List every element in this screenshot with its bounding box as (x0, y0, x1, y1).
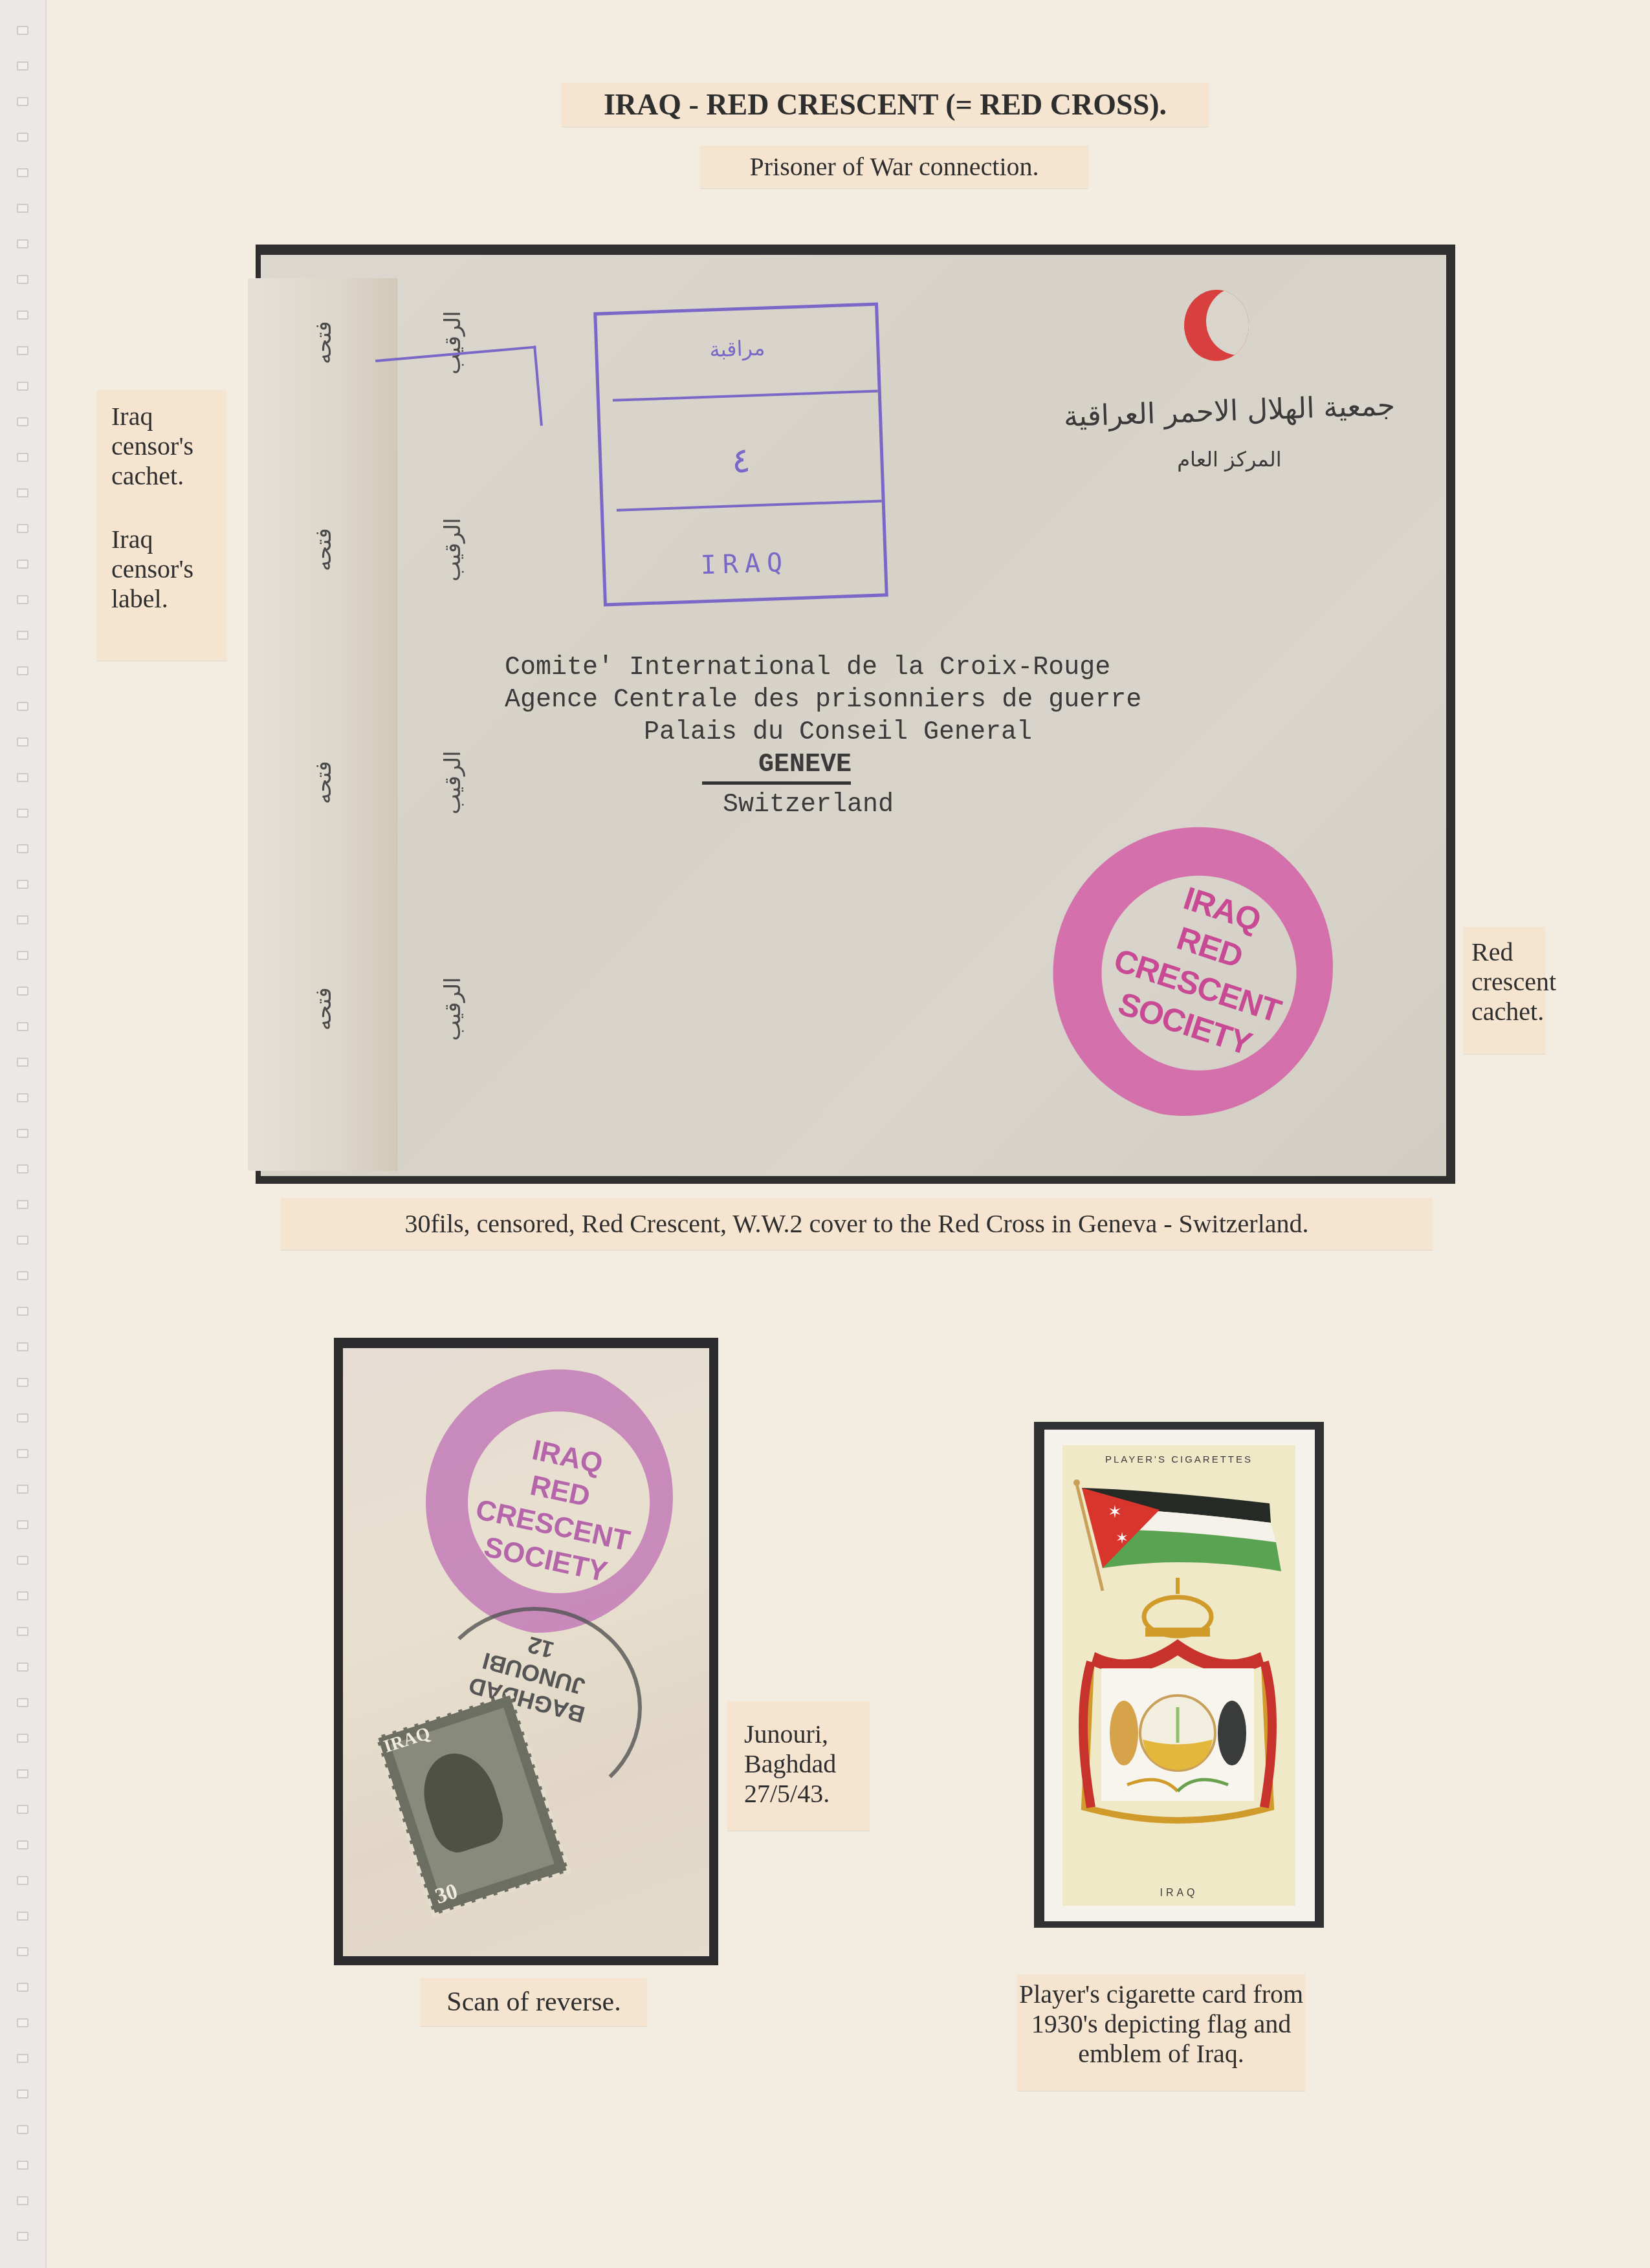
binder-hole (17, 1520, 28, 1529)
censor-cachet-arabic: مراقبة (598, 332, 877, 366)
binder-hole (17, 844, 28, 853)
address-underline (702, 781, 851, 785)
flag-star-icon: ✶ (1108, 1503, 1122, 1522)
binder-hole (17, 1129, 28, 1138)
censor-cachet-country: IRAQ (605, 544, 884, 583)
binder-hole (17, 488, 28, 497)
binder-hole (17, 702, 28, 711)
binder-hole (17, 1307, 28, 1316)
censor-label-note: Iraq censor's label. (111, 525, 226, 614)
page-subtitle: Prisoner of War connection. (700, 146, 1088, 188)
red-crescent-icon (1184, 290, 1249, 361)
horse-icon (1218, 1701, 1246, 1765)
binder-hole (17, 2232, 28, 2241)
binder-hole (17, 1627, 28, 1636)
binder-hole (17, 666, 28, 675)
cover-caption: 30fils, censored, Red Crescent, W.W.2 co… (281, 1198, 1433, 1250)
card-country: IRAQ (1062, 1888, 1295, 1899)
address-country: Switzerland (505, 789, 1346, 822)
binder-hole (17, 1093, 28, 1102)
letterhead: جمعية الهلال الاحمر العراقية المركز العا… (1048, 395, 1411, 524)
scan-caption: Scan of reverse. (421, 1978, 647, 2026)
censor-cachet-partial (375, 345, 543, 439)
binder-hole (17, 26, 28, 35)
binder-hole (17, 168, 28, 177)
binder-hole (17, 1449, 28, 1458)
address-line-2: Agence Centrale des prisonniers de guerr… (505, 684, 1346, 717)
binder-hole (17, 417, 28, 426)
binder-hole (17, 2089, 28, 2099)
binder-hole (17, 1734, 28, 1743)
binder-hole (17, 737, 28, 747)
censor-cachet-rule (617, 499, 882, 511)
binder-hole (17, 809, 28, 818)
binder-margin (0, 0, 47, 2268)
reverse-scan: IRAQ RED CRESCENT SOCIETY BAGHDAD JUNOUB… (343, 1348, 709, 1956)
binder-hole (17, 1876, 28, 1885)
postmark-annotation: Junouri, Baghdad 27/5/43. (727, 1701, 870, 1831)
censor-cachet-note: Iraq censor's cachet. (111, 402, 226, 491)
binder-hole (17, 239, 28, 248)
binder-hole (17, 1236, 28, 1245)
binder-hole (17, 1342, 28, 1351)
binder-hole (17, 1805, 28, 1814)
binder-hole (17, 1912, 28, 1921)
address-line-1: Comite' International de la Croix-Rouge (505, 652, 1346, 684)
red-crescent-annotation: Red crescent cachet. (1464, 927, 1545, 1054)
binder-hole (17, 61, 28, 71)
binder-hole (17, 275, 28, 284)
binder-hole (17, 311, 28, 320)
censor-label-text: فتحه الرقيب (259, 304, 388, 382)
flag-and-emblem-illustration: ✶ ✶ (1062, 1445, 1295, 1906)
censor-cachet-number: ٤ (601, 435, 881, 486)
binder-hole (17, 915, 28, 924)
binder-hole (17, 1947, 28, 1956)
binder-hole (17, 1769, 28, 1778)
censor-cachet-rule (613, 390, 878, 402)
binder-hole (17, 2054, 28, 2063)
binder-hole (17, 1485, 28, 1494)
letterhead-org-name: جمعية الهلال الاحمر العراقية (1048, 388, 1411, 434)
binder-hole (17, 951, 28, 960)
censor-label-text: فتحه الرقيب (259, 511, 388, 589)
binder-hole (17, 1022, 28, 1031)
cigarette-card-face: PLAYER'S CIGARETTES ✶ ✶ (1062, 1445, 1295, 1906)
censor-cachet: مراقبة ٤ IRAQ (593, 302, 888, 606)
flag-star-icon: ✶ (1116, 1529, 1128, 1547)
binder-hole (17, 1200, 28, 1209)
binder-hole (17, 97, 28, 106)
card-caption: Player's cigarette card from 1930's depi… (1017, 1974, 1305, 2091)
censor-label-text: فتحه الرقيب (259, 744, 388, 822)
binder-hole (17, 560, 28, 569)
binder-hole (17, 631, 28, 640)
binder-hole (17, 773, 28, 782)
binder-hole (17, 346, 28, 355)
binder-hole (17, 1413, 28, 1423)
binder-hole (17, 453, 28, 462)
binder-hole (17, 1164, 28, 1173)
binder-hole (17, 1698, 28, 1707)
binder-hole (17, 1840, 28, 1849)
binder-hole (17, 524, 28, 533)
censor-label-text: فتحه الرقيب (259, 970, 388, 1048)
binder-hole (17, 2196, 28, 2205)
binder-hole (17, 1378, 28, 1387)
binder-hole (17, 382, 28, 391)
binder-hole (17, 1271, 28, 1280)
address-city: GENEVE (505, 749, 1346, 781)
binder-hole (17, 880, 28, 889)
binder-hole (17, 1556, 28, 1565)
binder-hole (17, 987, 28, 996)
binder-hole (17, 595, 28, 604)
binder-hole (17, 2125, 28, 2134)
binder-hole (17, 1663, 28, 1672)
lion-icon (1110, 1701, 1138, 1765)
mantle-drape (1091, 1639, 1264, 1673)
binder-hole (17, 1058, 28, 1067)
binder-hole (17, 1983, 28, 1992)
binder-hole (17, 2161, 28, 2170)
cigarette-card: PLAYER'S CIGARETTES ✶ ✶ (1044, 1430, 1315, 1921)
binder-hole (17, 204, 28, 213)
page-title: IRAQ - RED CRESCENT (= RED CROSS). (562, 83, 1209, 127)
letterhead-headquarters: المركز العام (1048, 447, 1411, 472)
binder-hole (17, 133, 28, 142)
binder-hole (17, 2018, 28, 2027)
censor-annotation: Iraq censor's cachet. Iraq censor's labe… (97, 390, 226, 660)
address-block: Comite' International de la Croix-Rouge … (505, 652, 1346, 822)
binder-hole (17, 1591, 28, 1600)
address-line-3: Palais du Conseil General (505, 717, 1346, 749)
